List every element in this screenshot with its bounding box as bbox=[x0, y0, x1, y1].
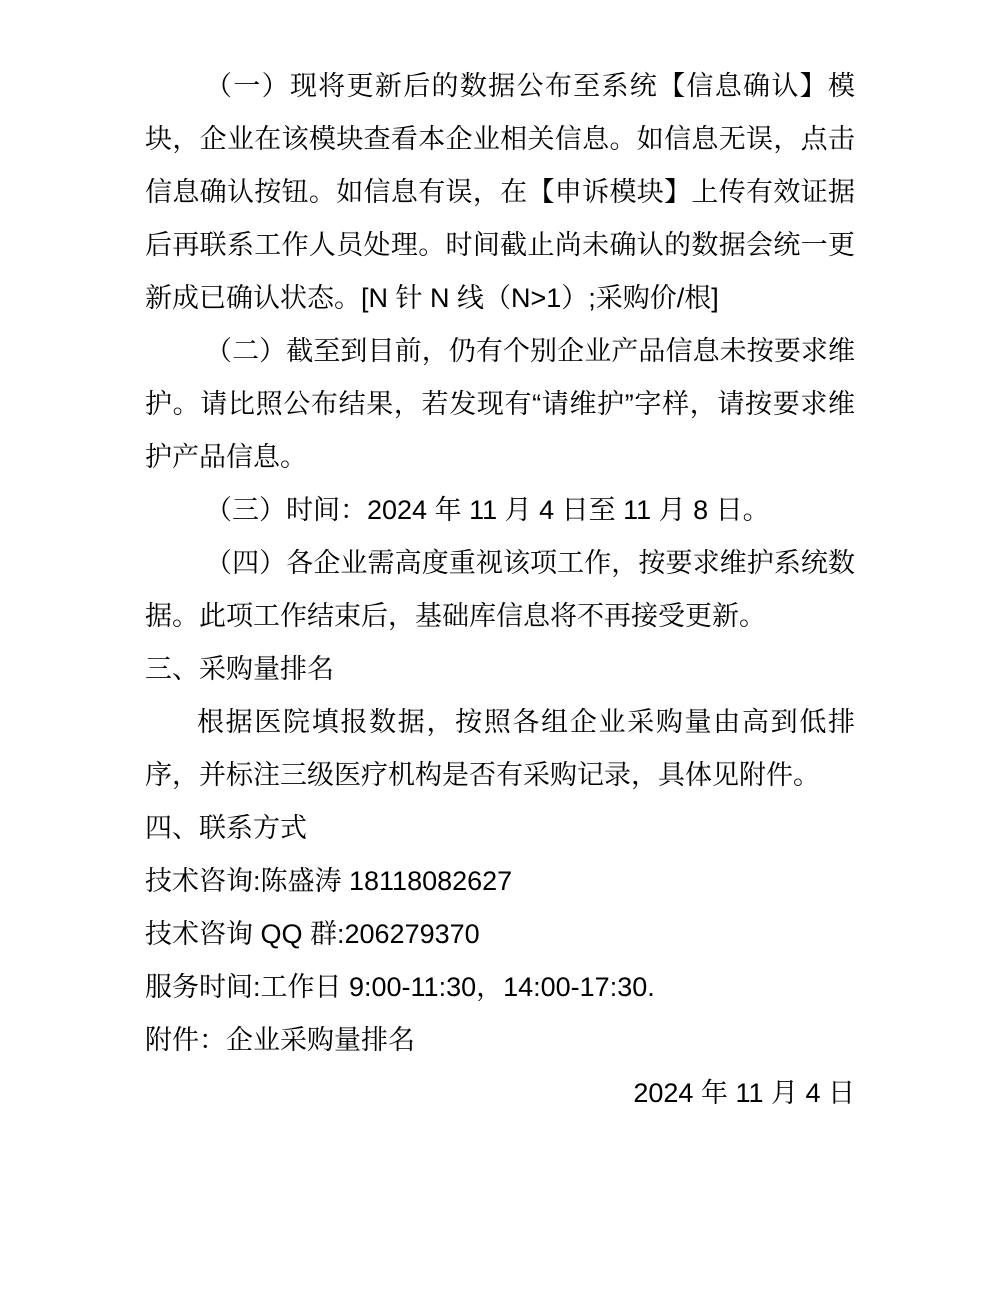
paragraph-item-1-info-confirm: （一）现将更新后的数据公布至系统【信息确认】模块，企业在该模块查看本企业相关信息… bbox=[145, 60, 855, 325]
contact-line-qq-group: 技术咨询 QQ 群:206279370 bbox=[145, 908, 855, 961]
paragraph-item-3-time-range: （三）时间：2024 年 11 月 4 日至 11 月 8 日。 bbox=[145, 484, 855, 537]
contact-line-service-hours: 服务时间:工作日 9:00-11:30，14:00-17:30. bbox=[145, 961, 855, 1014]
paragraph-item-4-importance: （四）各企业需高度重视该项工作，按要求维护系统数据。此项工作结束后，基础库信息将… bbox=[145, 537, 855, 643]
section-heading-contact-info: 四、联系方式 bbox=[145, 802, 855, 855]
document-date: 2024 年 11 月 4 日 bbox=[145, 1067, 855, 1120]
paragraph-item-2-product-maintenance: （二）截至到目前，仍有个别企业产品信息未按要求维护。请比照公布结果，若发现有“请… bbox=[145, 325, 855, 484]
document-page: （一）现将更新后的数据公布至系统【信息确认】模块，企业在该模块查看本企业相关信息… bbox=[0, 0, 1000, 1289]
attachment-reference: 附件：企业采购量排名 bbox=[145, 1014, 855, 1067]
contact-line-tech-phone: 技术咨询:陈盛涛 18118082627 bbox=[145, 855, 855, 908]
paragraph-ranking-description: 根据医院填报数据，按照各组企业采购量由高到低排序，并标注三级医疗机构是否有采购记… bbox=[145, 696, 855, 802]
section-heading-procurement-ranking: 三、采购量排名 bbox=[145, 643, 855, 696]
